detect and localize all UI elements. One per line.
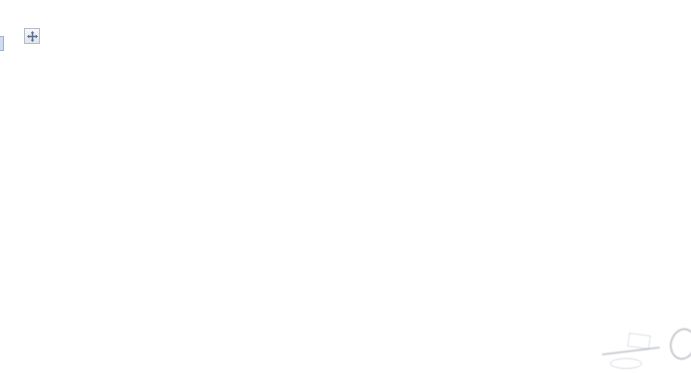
move-arrows-icon	[27, 31, 38, 42]
watermark-shape	[610, 358, 642, 369]
document-page	[0, 0, 691, 373]
left-edge-ui-fragment	[0, 36, 4, 51]
watermark-shape	[627, 333, 651, 350]
watermark-shape	[666, 325, 691, 363]
watermark-shape	[602, 346, 660, 355]
watermark	[598, 326, 691, 373]
table-move-handle[interactable]	[24, 28, 40, 44]
section-title[interactable]	[78, 4, 79, 29]
